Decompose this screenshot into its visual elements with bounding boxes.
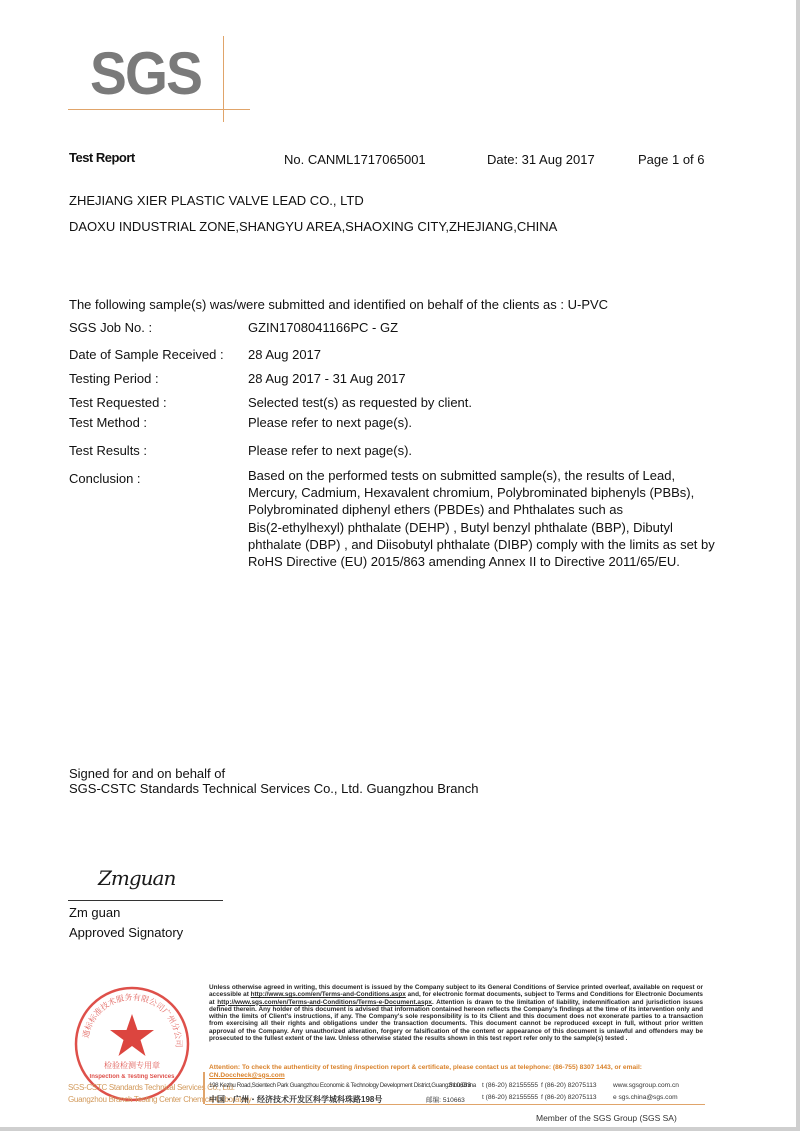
email-link[interactable]: e sgs.china@sgs.com [613,1094,678,1101]
page-edge-right [796,0,800,1131]
job-no-label: SGS Job No. : [69,320,152,335]
test-results-value: Please refer to next page(s). [248,443,412,458]
telephone: t (86-20) 82155555 [482,1082,538,1089]
svg-text:检验检测专用章: 检验检测专用章 [104,1060,160,1070]
job-no-value: GZIN1708041166PC - GZ [248,320,398,335]
conclusion-line: RoHS Directive (EU) 2015/863 amending An… [248,553,748,570]
attention-text: Attention: To check the authenticity of … [209,1064,642,1071]
signature-line [68,900,223,901]
fax-2: f (86-20) 82075113 [541,1094,597,1101]
conclusion-line: phthalate (DBP) , and Diisobutyl phthala… [248,536,748,553]
footer-vertical-rule [203,1072,205,1104]
telephone-2: t (86-20) 82155555 [482,1094,538,1101]
signature: Zmguan [98,866,175,890]
conclusion-line: Bis(2-ethylhexyl) phthalate (DEHP) , But… [248,519,748,536]
testing-period-label: Testing Period : [69,371,159,386]
test-method-value: Please refer to next page(s). [248,415,412,430]
legal-disclaimer: Unless otherwise agreed in writing, this… [209,984,703,1042]
sgs-logo-text: SGS [90,44,201,104]
postcode-english: 510663 [449,1082,471,1089]
sgs-logo: SGS [68,36,248,116]
logo-vertical-rule [223,36,224,122]
sample-intro: The following sample(s) was/were submitt… [69,297,608,312]
conclusion-text: Based on the performed tests on submitte… [248,467,748,570]
test-results-label: Test Results : [69,443,147,458]
legal-text: . Attention is drawn to the limitation o… [209,999,703,1042]
conclusion-line: Based on the performed tests on submitte… [248,467,748,484]
website-link[interactable]: www.sgsgroup.com.cn [613,1082,679,1089]
e-document-terms-link[interactable]: http://www.sgs.com/en/Terms-and-Conditio… [217,999,432,1006]
report-title: Test Report [69,150,135,165]
test-method-label: Test Method : [69,415,147,430]
postcode-chinese: 邮编: 510663 [426,1094,465,1104]
conclusion-line: Polybrominated diphenyl ethers (PBDEs) a… [248,501,748,518]
test-requested-label: Test Requested : [69,395,167,410]
svg-text:Inspection & Testing Services: Inspection & Testing Services [90,1074,176,1080]
fax: f (86-20) 82075113 [541,1082,597,1089]
page-indicator: Page 1 of 6 [638,152,705,167]
report-number: No. CANML1717065001 [284,152,426,167]
terms-link[interactable]: http://www.sgs.com/en/Terms-and-Conditio… [251,991,406,998]
conclusion-label: Conclusion : [69,471,141,486]
page-edge-bottom [0,1127,800,1131]
doccheck-email-link[interactable]: CN.Doccheck@sgs.com [209,1072,285,1079]
client-address: DAOXU INDUSTRIAL ZONE,SHANGYU AREA,SHAOX… [69,219,557,234]
address-english: 198 Kezhu Road,Scientech Park Guangzhou … [209,1082,476,1089]
authenticity-notice: Attention: To check the authenticity of … [209,1064,703,1079]
test-requested-value: Selected test(s) as requested by client. [248,395,472,410]
signing-company: SGS-CSTC Standards Technical Services Co… [69,781,478,796]
signed-on-behalf: Signed for and on behalf of [69,766,225,781]
testing-period-value: 28 Aug 2017 - 31 Aug 2017 [248,371,406,386]
date-received-value: 28 Aug 2017 [248,347,321,362]
sgs-group-membership: Member of the SGS Group (SGS SA) [536,1113,677,1123]
footer-horizontal-rule [205,1104,705,1105]
report-date: Date: 31 Aug 2017 [487,152,595,167]
conclusion-line: Mercury, Cadmium, Hexavalent chromium, P… [248,484,748,501]
date-received-label: Date of Sample Received : [69,347,224,362]
signer-title: Approved Signatory [69,925,183,940]
client-name: ZHEJIANG XIER PLASTIC VALVE LEAD CO., LT… [69,193,364,208]
signer-name: Zm guan [69,905,120,920]
